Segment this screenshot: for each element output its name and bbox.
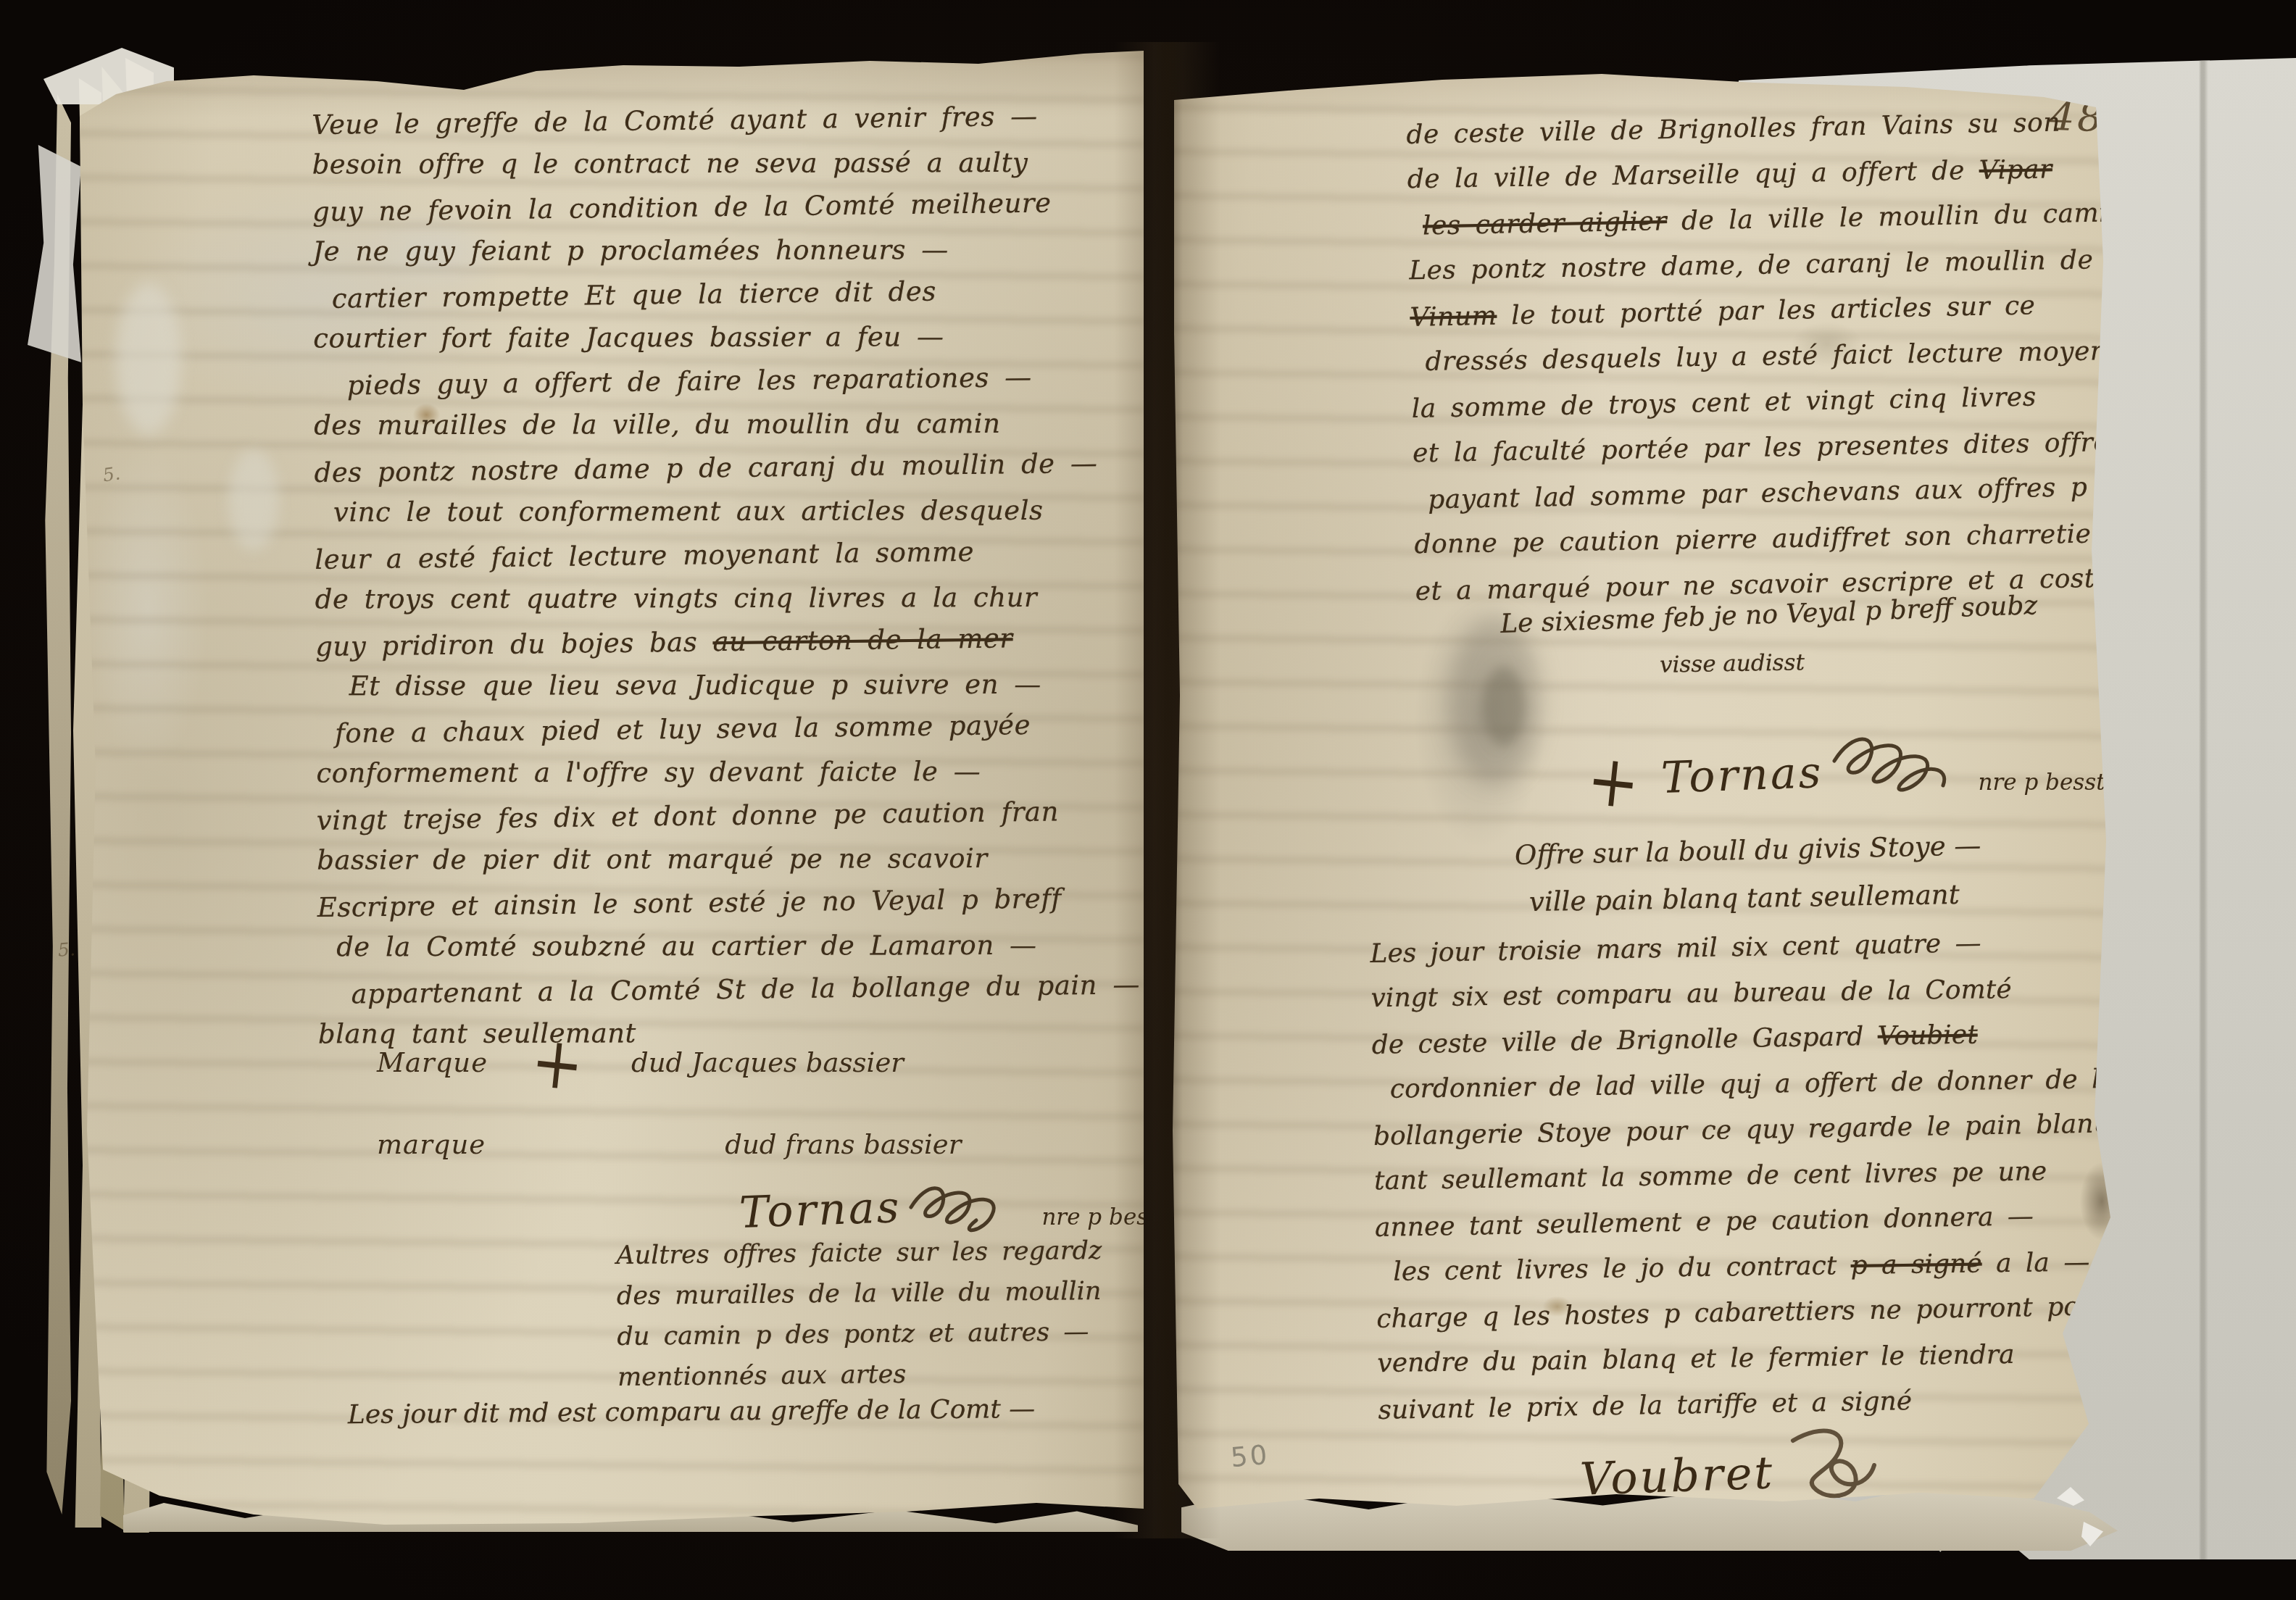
attestation-line: visse audisst xyxy=(1660,649,1805,678)
manuscript-line: de la Comté soubzné au cartier de Lamaro… xyxy=(317,923,1158,969)
signature-suffix: nre p besst xyxy=(1041,1204,1168,1230)
manuscript-line: Et disse que lieu seva Judicque p suivre… xyxy=(316,662,1157,708)
right-text-block-2: Les jour troisie mars mil six cent quatr… xyxy=(1370,918,2110,1433)
manuscript-line: Veue le greffe de la Comté ayant a venir… xyxy=(312,93,1153,147)
stain xyxy=(1482,667,1526,746)
signature-name: Tornas xyxy=(1660,747,1824,804)
left-text-block: Veue le greffe de la Comté ayant a venir… xyxy=(312,96,1159,1058)
manuscript-line: vingt trejse fes dix et dont donne pe ca… xyxy=(317,789,1158,843)
stain xyxy=(116,283,181,435)
right-text-block-1: de ceste ville de Brignolles fran Vains … xyxy=(1406,99,2111,614)
struck-segment: Voubiet xyxy=(1877,1020,1978,1051)
stain xyxy=(1448,617,1542,784)
line-segment: le tout portté par les articles sur ce xyxy=(1497,291,2036,330)
marque-row: Marque+dud Jacques bassier xyxy=(377,1047,904,1078)
struck-segment: Vinum xyxy=(1410,301,1497,333)
closing-line: Les jour dit md est comparu au greffe de… xyxy=(348,1394,1036,1430)
manuscript-line: Escripre et ainsin le sont esté je no Ve… xyxy=(317,876,1158,930)
manuscript-line: courtier fort faite Jacques bassier a fe… xyxy=(313,314,1154,360)
line-segment: de la ville de Marseille quj a offert de xyxy=(1407,156,1979,194)
manuscript-line: du camin p des pontz et autres — xyxy=(617,1311,1139,1357)
manuscript-line: bassier de pier dit ont marqué pe ne sca… xyxy=(317,836,1157,882)
line-segment: les cent livres le jo du contract xyxy=(1393,1251,1851,1287)
manuscript-line: cartier rompette Et que la tierce dit de… xyxy=(313,267,1155,321)
manuscript-line: Aultres offres faicte sur les regardz xyxy=(616,1230,1139,1276)
struck-segment: au carton de la mer xyxy=(712,622,1013,657)
line-segment: a la — xyxy=(1981,1247,2089,1278)
offer-heading-line: ville pain blanq tant seullemant xyxy=(1529,879,1960,917)
line-segment: guy pridiron du bojes bas xyxy=(315,626,713,662)
manuscript-line: guy pridiron du bojes bas au carton de l… xyxy=(315,615,1157,669)
margin-mark: 5. xyxy=(101,462,122,486)
manuscript-line: Je ne guy feiant p proclamées honneurs — xyxy=(312,228,1153,273)
second-offer-block: Aultres offres faicte sur les regardz de… xyxy=(616,1230,1139,1398)
cross-mark: + xyxy=(531,1061,583,1067)
signature-name: Tornas xyxy=(739,1182,902,1238)
manuscript-line: guy ne fevoin la condition de la Comté m… xyxy=(312,180,1154,234)
struck-segment: les carder aiglier xyxy=(1423,207,1668,241)
marque-name: dud frans bassier xyxy=(725,1129,961,1160)
manuscript-page-left: Veue le greffe de la Comté ayant a venir… xyxy=(72,43,1145,1529)
manuscript-line: leur a esté faict lecture moyenant la so… xyxy=(315,528,1156,582)
signature-suffix: nre p besst xyxy=(1978,770,2105,796)
manuscript-line: pieds guy a offert de faire les reparati… xyxy=(313,354,1155,408)
margin-mark: 5. xyxy=(57,938,76,961)
manuscript-line: vinc le tout conformement aux articles d… xyxy=(315,488,1155,534)
manuscript-line: des murailles de la ville du moullin xyxy=(617,1270,1139,1317)
manuscript-line: mentionnés aux artes xyxy=(617,1351,1140,1398)
marque-label: Marque xyxy=(377,1047,488,1078)
line-segment: de ceste ville de Brignolle Gaspard xyxy=(1371,1022,1878,1060)
stain xyxy=(228,449,279,551)
cross-mark: + xyxy=(1587,779,1639,785)
guard-sheet-sliver xyxy=(28,145,81,362)
manuscript-line: des pontz nostre dame p de caranj du mou… xyxy=(314,441,1155,495)
manuscript-line: fone a chaux pied et luy seva la somme p… xyxy=(316,702,1157,756)
marque-label: marque xyxy=(377,1129,486,1160)
struck-segment: p a signé xyxy=(1850,1249,1981,1280)
pencil-foliation: 50 xyxy=(1229,1439,1270,1473)
marque-row: marquedud frans bassier xyxy=(377,1129,961,1160)
struck-segment: Vipar xyxy=(1979,154,2052,186)
marque-name: dud Jacques bassier xyxy=(631,1047,904,1078)
manuscript-photo: Veue le greffe de la Comté ayant a venir… xyxy=(0,0,2296,1600)
line-segment: de la ville le moullin du camin xyxy=(1667,198,2126,236)
manuscript-line: appartenant a la Comté St de la bollange… xyxy=(317,963,1159,1017)
notary-signature: +Tornasnre p besst xyxy=(1587,725,2105,812)
manuscript-line: besoin offre q le contract ne seva passé… xyxy=(312,141,1153,186)
page-stack-edge xyxy=(41,94,71,1514)
signature-name: Voubret xyxy=(1579,1446,1776,1505)
manuscript-page-right: 48 de ceste ville de Brignolles fran Vai… xyxy=(1152,43,2116,1547)
offer-heading-line: Offre sur la boull du givis Stoye — xyxy=(1515,830,1981,870)
signature-flourish xyxy=(1827,725,1965,812)
manuscript-line: conformement a l'offre sy devant faicte … xyxy=(316,749,1157,795)
manuscript-line: des murailles de la ville, du moullin du… xyxy=(314,401,1155,447)
manuscript-line: de troys cent quatre vingts cinq livres … xyxy=(315,575,1156,621)
